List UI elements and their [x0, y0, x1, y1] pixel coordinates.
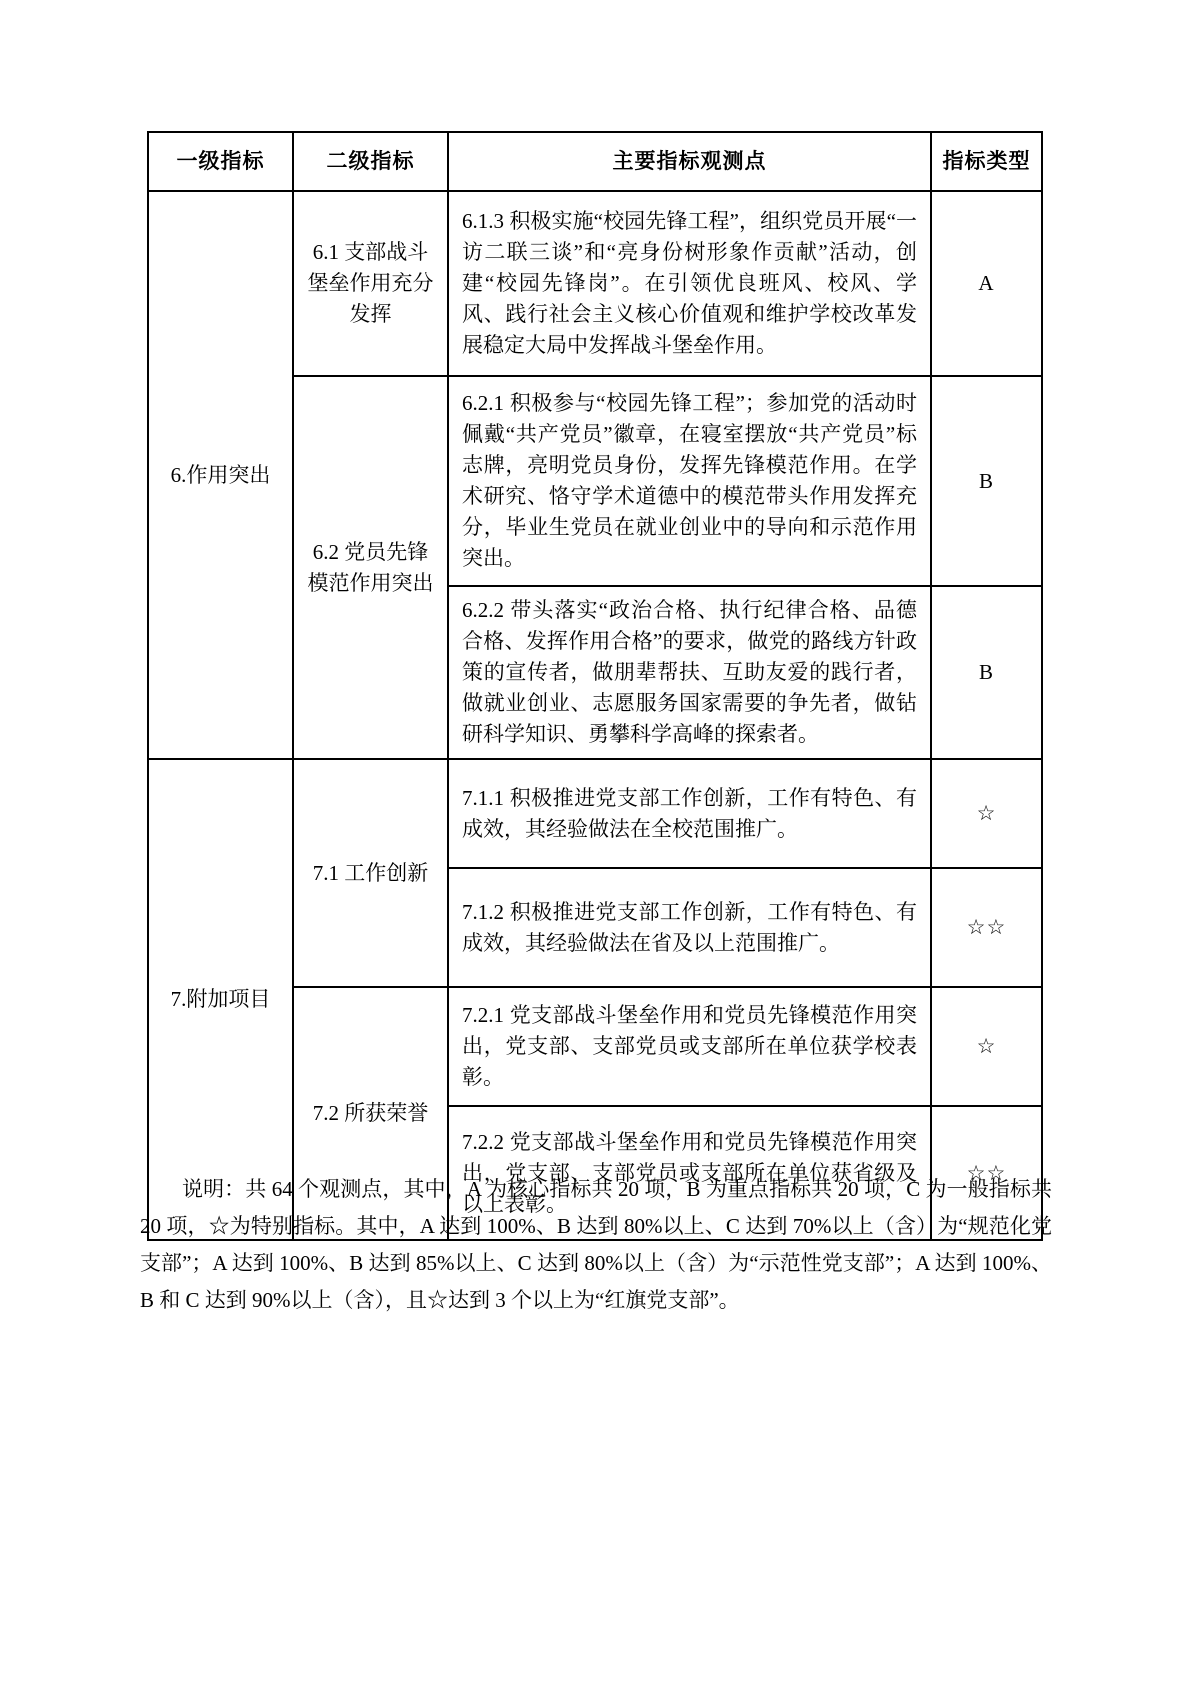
explanatory-note: 说明：共 64 个观测点，其中，A 为核心指标共 20 项，B 为重点指标共 2…	[140, 1171, 1052, 1319]
cell-obs-7-1-2: 7.1.2 积极推进党支部工作创新，工作有特色、有成效，其经验做法在省及以上范围…	[448, 868, 931, 987]
document-page: 一级指标 二级指标 主要指标观测点 指标类型 6.作用突出 6.1 支部战斗堡垒…	[0, 0, 1191, 1684]
cell-type-6-2-2: B	[931, 586, 1042, 759]
table-row: 7.附加项目 7.1 工作创新 7.1.1 积极推进党支部工作创新，工作有特色、…	[148, 759, 1042, 868]
cell-level1-section7: 7.附加项目	[148, 759, 293, 1240]
indicator-table: 一级指标 二级指标 主要指标观测点 指标类型 6.作用突出 6.1 支部战斗堡垒…	[147, 131, 1043, 1241]
cell-obs-6-2-2: 6.2.2 带头落实“政治合格、执行纪律合格、品德合格、发挥作用合格”的要求，做…	[448, 586, 931, 759]
cell-level2-6-1: 6.1 支部战斗堡垒作用充分发挥	[293, 191, 448, 376]
cell-type-7-1-2-star: ☆☆	[931, 868, 1042, 987]
cell-level1-section6: 6.作用突出	[148, 191, 293, 759]
cell-obs-7-2-1: 7.2.1 党支部战斗堡垒作用和党员先锋模范作用突出，党支部、支部党员或支部所在…	[448, 987, 931, 1106]
cell-obs-7-1-1: 7.1.1 积极推进党支部工作创新，工作有特色、有成效，其经验做法在全校范围推广…	[448, 759, 931, 868]
cell-obs-6-1-3: 6.1.3 积极实施“校园先锋工程”，组织党员开展“一访二联三谈”和“亮身份树形…	[448, 191, 931, 376]
header-level1-indicator: 一级指标	[148, 132, 293, 191]
cell-level2-6-2: 6.2 党员先锋模范作用突出	[293, 376, 448, 759]
header-level2-indicator: 二级指标	[293, 132, 448, 191]
table-row: 6.作用突出 6.1 支部战斗堡垒作用充分发挥 6.1.3 积极实施“校园先锋工…	[148, 191, 1042, 376]
cell-type-7-2-1-star: ☆	[931, 987, 1042, 1106]
cell-obs-6-2-1: 6.2.1 积极参与“校园先锋工程”；参加党的活动时佩戴“共产党员”徽章，在寝室…	[448, 376, 931, 586]
cell-type-6-1-3: A	[931, 191, 1042, 376]
cell-type-6-2-1: B	[931, 376, 1042, 586]
table-header-row: 一级指标 二级指标 主要指标观测点 指标类型	[148, 132, 1042, 191]
header-indicator-type: 指标类型	[931, 132, 1042, 191]
header-observation-points: 主要指标观测点	[448, 132, 931, 191]
cell-type-7-1-1-star: ☆	[931, 759, 1042, 868]
cell-level2-7-1: 7.1 工作创新	[293, 759, 448, 987]
